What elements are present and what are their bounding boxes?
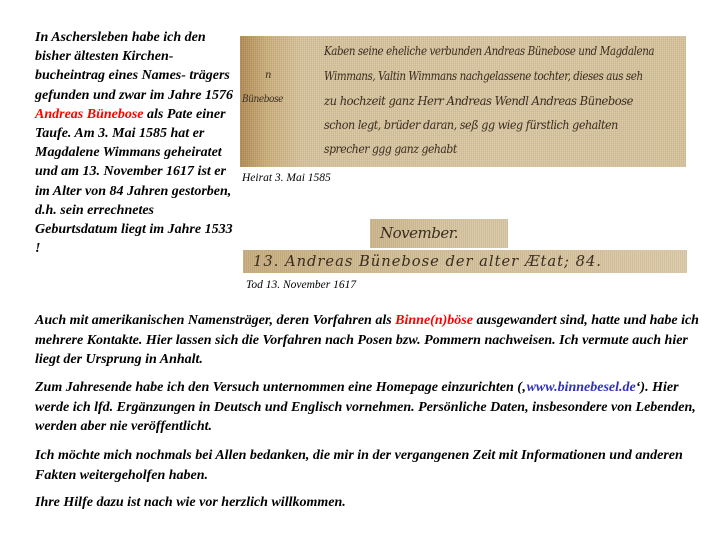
name-variant-highlight: Binne(n)böse xyxy=(395,313,473,328)
paragraph-homepage: Zum Jahresende habe ich den Versuch unte… xyxy=(35,378,705,437)
homepage-link[interactable]: www.binnebesel.de xyxy=(527,380,636,395)
handwriting-line-5: sprecher ggg ganz gehabt xyxy=(324,142,457,156)
death-handwriting: 13. Andreas Bünebose der alter Ætat; 84. xyxy=(253,252,602,270)
intro-text-after: als Pate einer Taufe. Am 3. Mai 1585 hat… xyxy=(35,107,233,256)
intro-paragraph: In Aschersleben habe ich den bisher älte… xyxy=(35,28,235,258)
month-handwriting: November. xyxy=(380,224,458,242)
handwriting-line-2: Wimmans, Valtin Wimmans nachgelassene to… xyxy=(324,69,643,83)
name-highlight: Andreas Bünebose xyxy=(35,107,144,122)
paragraph-american-contacts: Auch mit amerikanischen Namensträger, de… xyxy=(35,311,705,370)
paragraph-text: Zum Jahresende habe ich den Versuch unte… xyxy=(35,380,527,395)
paragraph-text: Auch mit amerikanischen Namensträger, de… xyxy=(35,313,395,328)
paragraph-thanks: Ich möchte mich nochmals bei Allen bedan… xyxy=(35,446,705,485)
handwriting-line-3: zu hochzeit ganz Herr Andreas Wendl Andr… xyxy=(324,94,633,108)
paragraph-text: Ich möchte mich nochmals bei Allen bedan… xyxy=(35,448,683,483)
intro-text-before: In Aschersleben habe ich den bisher älte… xyxy=(35,30,233,103)
margin-note: Bünebose xyxy=(242,94,283,105)
paragraph-text: Ihre Hilfe dazu ist nach wie vor herzlic… xyxy=(35,495,346,510)
paragraph-welcome: Ihre Hilfe dazu ist nach wie vor herzlic… xyxy=(35,493,705,513)
death-record-image: 13. Andreas Bünebose der alter Ætat; 84. xyxy=(243,250,687,273)
handwriting-line-4: schon legt, brüder daran, seß gg wieg fü… xyxy=(324,118,618,132)
marriage-caption: Heirat 3. Mai 1585 xyxy=(242,172,331,184)
death-caption: Tod 13. November 1617 xyxy=(246,279,356,291)
marriage-record-image: n Bünebose Kaben seine eheliche verbunde… xyxy=(240,36,686,167)
margin-mark: n xyxy=(265,70,271,81)
death-month-image: November. xyxy=(370,219,508,248)
handwriting-line-1: Kaben seine eheliche verbunden Andreas B… xyxy=(324,44,654,58)
